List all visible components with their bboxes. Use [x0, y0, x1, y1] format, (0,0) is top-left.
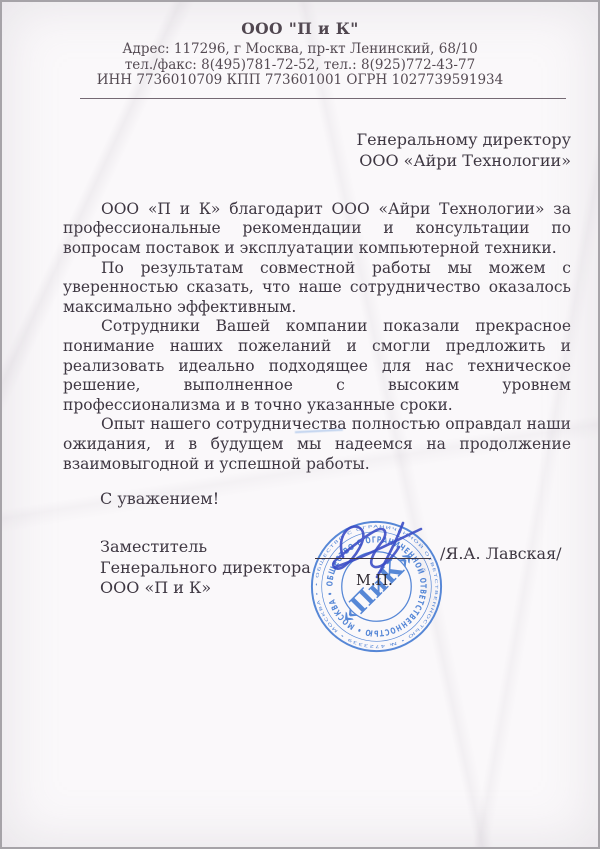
recipient-title: Генеральному директору	[2, 129, 571, 150]
signer-name: /Я.А. Лавская/	[440, 544, 562, 563]
paragraph: Опыт нашего сотрудничества полностью опр…	[63, 415, 571, 474]
salutation: С уважением!	[100, 489, 598, 508]
seal-place-note: М.П.	[356, 573, 393, 589]
company-address: Адрес: 117296, г Москва, пр-кт Ленинский…	[2, 42, 598, 58]
letterhead-details: Адрес: 117296, г Москва, пр-кт Ленинский…	[2, 42, 598, 89]
recipient-company: ООО «Айри Технологии»	[2, 150, 571, 171]
letterhead: ООО "П и К" Адрес: 117296, г Москва, пр-…	[2, 2, 598, 89]
paragraph: ООО «П и К» благодарит ООО «Айри Техноло…	[63, 200, 571, 259]
company-registration: ИНН 7736010709 КПП 773601001 ОГРН 102773…	[2, 73, 598, 89]
recipient-block: Генеральному директору ООО «Айри Техноло…	[2, 129, 571, 171]
company-phones: тел./факс: 8(495)781-72-52, тел.: 8(925)…	[2, 58, 598, 74]
paragraph: Сотрудники Вашей компании показали прекр…	[63, 317, 571, 415]
paragraph: По результатам совместной работы мы може…	[63, 259, 571, 318]
signature-line	[315, 558, 431, 559]
scanned-letter-page: ООО "П и К" Адрес: 117296, г Москва, пр-…	[0, 0, 600, 849]
letterhead-divider	[80, 98, 566, 99]
company-name: ООО "П и К"	[2, 19, 598, 38]
